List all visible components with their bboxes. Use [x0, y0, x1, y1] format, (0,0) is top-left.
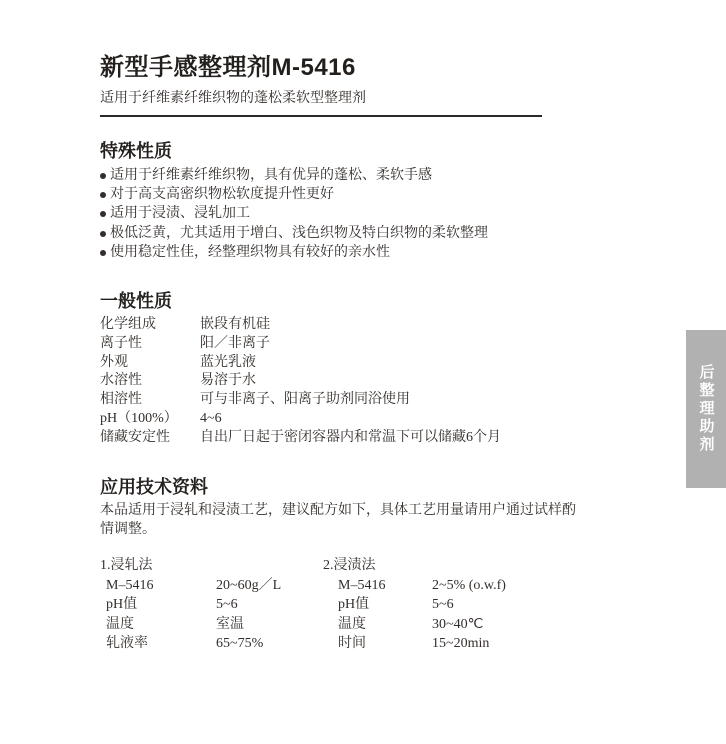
list-item: 对于高支高密织物松软度提升性更好	[100, 185, 600, 204]
property-value: 嵌段有机硅	[200, 316, 620, 335]
table-row: 时间 15~20min	[323, 634, 553, 654]
method-title: 2.浸渍法	[323, 556, 553, 576]
list-item: 适用于纤维素纤维织物，具有优异的蓬松、柔软手感	[100, 166, 600, 185]
recipe-label: M–5416	[338, 576, 432, 596]
section-heading-special-properties: 特殊性质	[100, 139, 172, 163]
application-intro: 本品适用于浸轧和浸渍工艺，建议配方如下，具体工艺用量请用户通过试样酌情调整。	[100, 501, 582, 539]
property-value: 可与非离子、阳离子助剂同浴使用	[200, 391, 620, 410]
category-side-tab: 后整理助剂	[686, 330, 726, 488]
property-label: 外观	[100, 354, 200, 373]
recipe-value: 2~5% (o.w.f)	[432, 576, 506, 596]
recipe-value: 15~20min	[432, 634, 489, 654]
table-row: pH值 5~6	[323, 595, 553, 615]
list-item: 适用于浸渍、浸轧加工	[100, 204, 600, 223]
datasheet-page: 新型手感整理剂M-5416 适用于纤维素纤维织物的蓬松柔软型整理剂 特殊性质 适…	[0, 0, 726, 744]
list-item: 极低泛黄，尤其适用于增白、浅色织物及特白织物的柔软整理	[100, 224, 600, 243]
method-title: 1.浸轧法	[100, 556, 318, 576]
bullet-icon	[100, 192, 106, 198]
property-label: 水溶性	[100, 372, 200, 391]
table-row: pH值 5~6	[100, 595, 318, 615]
recipe-label: 温度	[338, 615, 432, 635]
recipe-value: 20~60g／L	[216, 576, 281, 596]
category-side-tab-label: 后整理助剂	[696, 364, 717, 454]
property-value: 阳／非离子	[200, 335, 620, 354]
table-row: M–5416 20~60g／L	[100, 576, 318, 596]
bullet-text: 适用于纤维素纤维织物，具有优异的蓬松、柔软手感	[110, 166, 432, 185]
bullet-text: 使用稳定性佳，经整理织物具有较好的亲水性	[110, 243, 390, 262]
recipe-label: 轧液率	[106, 634, 216, 654]
table-row: M–5416 2~5% (o.w.f)	[323, 576, 553, 596]
recipe-label: M–5416	[106, 576, 216, 596]
table-row: 化学组成 嵌段有机硅	[100, 316, 620, 335]
bullet-icon	[100, 173, 106, 179]
bullet-icon	[100, 250, 106, 256]
bullet-icon	[100, 211, 106, 217]
recipe-value: 5~6	[432, 595, 454, 615]
recipe-label: 温度	[106, 615, 216, 635]
property-value: 蓝光乳液	[200, 354, 620, 373]
special-properties-list: 适用于纤维素纤维织物，具有优异的蓬松、柔软手感 对于高支高密织物松软度提升性更好…	[100, 166, 600, 262]
list-item: 使用稳定性佳，经整理织物具有较好的亲水性	[100, 243, 600, 262]
bullet-icon	[100, 231, 106, 237]
property-label: pH（100%）	[100, 410, 200, 429]
general-properties-table: 化学组成 嵌段有机硅 离子性 阳／非离子 外观 蓝光乳液 水溶性 易溶于水 相溶…	[100, 316, 620, 448]
table-row: 相溶性 可与非离子、阳离子助剂同浴使用	[100, 391, 620, 410]
table-row: 储藏安定性 自出厂日起于密闭容器内和常温下可以储藏6个月	[100, 429, 620, 448]
method-dipping-column: 2.浸渍法 M–5416 2~5% (o.w.f) pH值 5~6 温度 30~…	[323, 556, 553, 654]
property-value: 4~6	[200, 410, 620, 429]
recipe-value: 5~6	[216, 595, 238, 615]
table-row: 水溶性 易溶于水	[100, 372, 620, 391]
table-row: 温度 室温	[100, 615, 318, 635]
bullet-text: 适用于浸渍、浸轧加工	[110, 204, 250, 223]
property-label: 离子性	[100, 335, 200, 354]
table-row: 温度 30~40℃	[323, 615, 553, 635]
recipe-value: 65~75%	[216, 634, 263, 654]
bullet-text: 对于高支高密织物松软度提升性更好	[110, 185, 334, 204]
property-label: 储藏安定性	[100, 429, 200, 448]
recipe-label: 时间	[338, 634, 432, 654]
property-value: 自出厂日起于密闭容器内和常温下可以储藏6个月	[200, 429, 620, 448]
property-label: 化学组成	[100, 316, 200, 335]
recipe-label: pH值	[106, 595, 216, 615]
table-row: 离子性 阳／非离子	[100, 335, 620, 354]
page-subtitle: 适用于纤维素纤维织物的蓬松柔软型整理剂	[100, 90, 366, 108]
section-heading-general-properties: 一般性质	[100, 289, 172, 313]
header-divider	[100, 115, 542, 117]
bullet-text: 极低泛黄，尤其适用于增白、浅色织物及特白织物的柔软整理	[110, 224, 488, 243]
recipe-value: 30~40℃	[432, 615, 483, 635]
recipe-value: 室温	[216, 615, 244, 635]
property-label: 相溶性	[100, 391, 200, 410]
table-row: 轧液率 65~75%	[100, 634, 318, 654]
section-heading-application: 应用技术资料	[100, 475, 208, 499]
property-value: 易溶于水	[200, 372, 620, 391]
recipe-label: pH值	[338, 595, 432, 615]
method-padding-column: 1.浸轧法 M–5416 20~60g／L pH值 5~6 温度 室温 轧液率 …	[100, 556, 318, 654]
table-row: 外观 蓝光乳液	[100, 354, 620, 373]
page-title: 新型手感整理剂M-5416	[100, 52, 356, 84]
table-row: pH（100%） 4~6	[100, 410, 620, 429]
